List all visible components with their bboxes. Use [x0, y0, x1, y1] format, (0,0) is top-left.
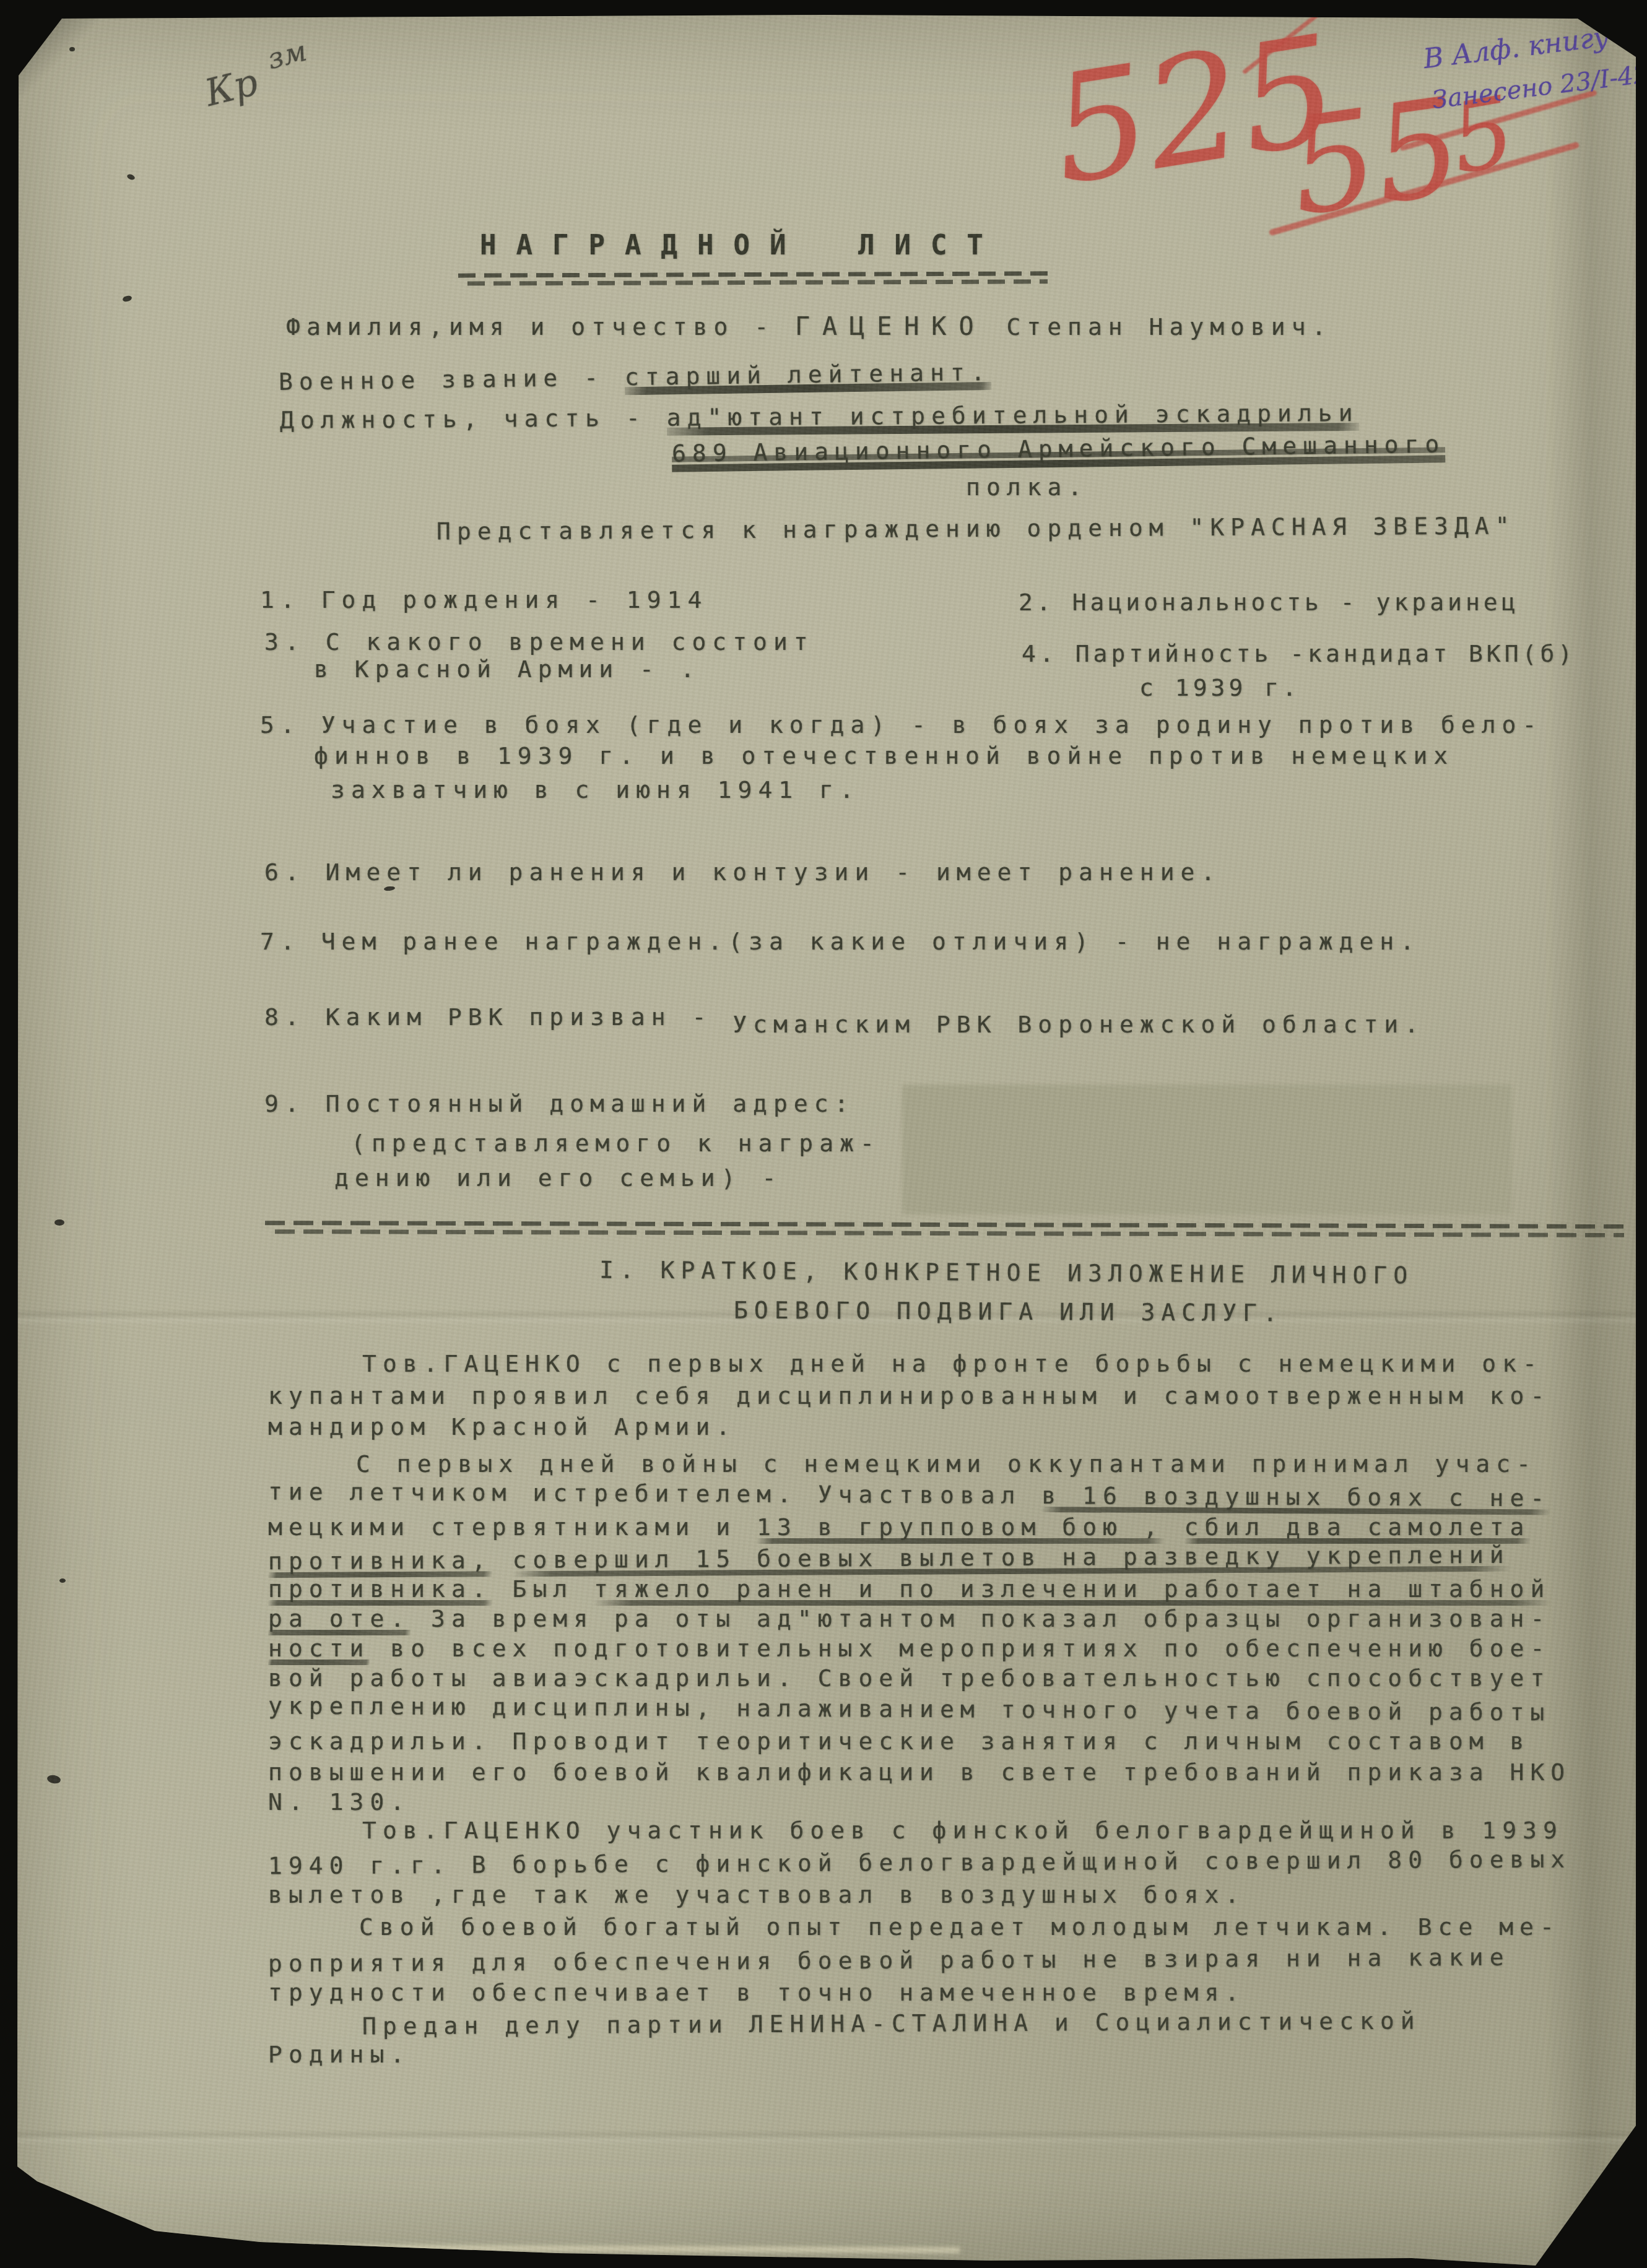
- underlined-text: противника.: [268, 1575, 492, 1606]
- item-5-combat-line1: 5. Участие в боях (где и когда) - в боях…: [260, 712, 1542, 739]
- pencil-archive-mark: Крзм: [201, 47, 316, 115]
- body-line: мандиром Красной Армии.: [268, 1414, 736, 1441]
- field-rank-value: старший лейтенант.: [625, 358, 991, 395]
- item-2-nationality: 2. Национальность - украинец: [1019, 589, 1519, 617]
- item-4-party-line1: 4. Партийность -кандидат ВКП(б): [1022, 641, 1576, 668]
- body-text: тие летчиком истребителем. Участвовал: [268, 1478, 1042, 1510]
- field-rank-label: Военное звание -: [279, 363, 625, 396]
- item-9-address-line2: (представляемого к награж-: [351, 1130, 880, 1158]
- body-line: повышении его боевой квалификации в свет…: [268, 1759, 1571, 1786]
- paper-speck: [126, 173, 136, 181]
- item-8-label: 8. Каким РВК призван -: [264, 1003, 732, 1031]
- item-3-service-since-line2: в Красной Армии - .: [314, 656, 701, 683]
- body-line: мецкими стервятниками и 13 в групповом б…: [268, 1514, 1530, 1541]
- scanned-document-page: НАГРАДНОЙ ЛИСТ Фамилия,имя и отчество - …: [0, 0, 1647, 2268]
- body-line: тие летчиком истребителем. Участвовал в …: [268, 1479, 1551, 1513]
- field-name-value-rest: Степан Наумович.: [986, 313, 1332, 340]
- field-position-line2: 689 Авиационного Армейского Смешанного: [672, 431, 1446, 467]
- item-5-combat-line2: финнов в 1939 г. и в отечественной войне…: [314, 743, 1454, 770]
- body-text: [1164, 1513, 1184, 1541]
- field-name-label: Фамилия,имя и отчество -: [286, 313, 795, 340]
- body-line: Тов.ГАЦЕНКО участник боев с финской бело…: [362, 1817, 1563, 1845]
- section-heading-line2: БОЕВОГО ПОДВИГА ИЛИ ЗАСЛУГ.: [734, 1297, 1284, 1327]
- title-underline: [458, 271, 1048, 286]
- field-position-line3: полка.: [966, 474, 1088, 501]
- item-3-service-since-line1: 3. С какого времени состоит: [264, 629, 814, 656]
- underlined-text: ра оте.: [268, 1605, 411, 1635]
- item-4-party-line2: с 1939 г.: [1139, 675, 1300, 702]
- pencil-mark-superscript: зм: [264, 34, 310, 76]
- body-line: вылетов ,где так же участвовал в воздушн…: [268, 1882, 1245, 1909]
- body-text: во всех подготовительных мероприятиях по…: [370, 1635, 1550, 1662]
- body-line: Родины.: [268, 2041, 411, 2069]
- paper-speck: [54, 1219, 64, 1226]
- field-rank: Военное звание - старший лейтенант.: [279, 359, 991, 396]
- body-line: ра оте. За время ра оты ад"ютантом показ…: [268, 1606, 1550, 1633]
- body-line: N. 130.: [268, 1789, 411, 1816]
- pencil-mark-text: Кр: [201, 61, 262, 115]
- item-8-value: Усманским РВК Воронежской области.: [732, 1011, 1425, 1039]
- body-line: Предан делу партии ЛЕНИНА-СТАЛИНА и Соци…: [362, 2008, 1421, 2041]
- item-9-address-line3: дению или его семьи) -: [334, 1165, 782, 1192]
- torn-bottom-edge-highlight: [186, 2244, 960, 2253]
- redacted-address-block: [902, 1084, 1512, 1214]
- folded-corner-shadow: [17, 16, 98, 97]
- item-9-address-line1: 9. Постоянный домашний адрес:: [264, 1091, 854, 1118]
- field-name: Фамилия,имя и отчество - ГАЦЕНКО Степан …: [286, 313, 1332, 341]
- field-position-label: Должность, часть -: [280, 404, 667, 434]
- body-line: роприятия для обеспечения боевой работы …: [268, 1944, 1510, 1978]
- item-8-drafted-by: 8. Каким РВК призван - Усманским РВК Вор…: [264, 1004, 1425, 1031]
- paper-speck: [69, 47, 75, 51]
- paper-crease-horizontal-2: [0, 2129, 1647, 2145]
- field-name-value-surname: ГАЦЕНКО: [795, 313, 986, 341]
- body-line: противника, совершил 15 боевых вылетов н…: [268, 1542, 1510, 1575]
- document-title: НАГРАДНОЙ ЛИСТ: [480, 230, 1003, 262]
- dashed-separator: [265, 1221, 1624, 1238]
- body-line: 1940 г.г. В борьбе с финской белогвардей…: [268, 1846, 1571, 1880]
- document-paper: НАГРАДНОЙ ЛИСТ Фамилия,имя и отчество - …: [0, 0, 1647, 2268]
- item-5-combat-line3: захватчию в с июня 1941 г.: [331, 777, 860, 804]
- field-position: Должность, часть - ад"ютант истребительн…: [280, 400, 1359, 435]
- body-text: [492, 1546, 513, 1573]
- body-text: мецкими стервятниками и: [268, 1513, 757, 1541]
- body-line: ности во всех подготовительных мероприят…: [268, 1635, 1550, 1663]
- paper-speck: [59, 1578, 66, 1583]
- item-6-wounds: 6. Имеет ли ранения и контузии - имеет р…: [264, 859, 1221, 886]
- body-line: трудности обеспечивает в точно намеченно…: [268, 1980, 1245, 2007]
- section-heading-line1: I. КРАТКОЕ, КОНКРЕТНОЕ ИЗЛОЖЕНИЕ ЛИЧНОГО: [599, 1257, 1414, 1289]
- underlined-text: ности: [268, 1635, 370, 1665]
- body-line: С первых дней войны с немецкими оккупант…: [356, 1451, 1537, 1478]
- paper-speck: [122, 295, 133, 303]
- body-line: купантами проявил себя дисциплинированны…: [268, 1383, 1550, 1410]
- field-position-value: ад"ютант истребительной эскадрильи: [667, 399, 1359, 436]
- body-line: эскадрильи. Проводит теоритические занят…: [268, 1728, 1530, 1755]
- underlined-text: противника,: [268, 1546, 492, 1578]
- body-line: Тов.ГАЦЕНКО с первых дней на фронте борь…: [362, 1351, 1543, 1378]
- body-line: укреплению дисциплины, налаживанием точн…: [268, 1693, 1551, 1727]
- underlined-text: в 16 воздушных боях с не-: [1041, 1482, 1550, 1515]
- item-1-birth-year: 1. Год рождения - 1914: [260, 587, 708, 614]
- body-line: вой работы авиаэскадрильи. Своей требова…: [268, 1665, 1550, 1692]
- presented-for-award-line: Представляется к награждению орденом "КР…: [437, 513, 1516, 545]
- underlined-text: 13 в групповом бою ,: [757, 1513, 1164, 1544]
- paper-speck: [46, 1774, 61, 1785]
- underlined-text: сбил два самолета: [1184, 1513, 1531, 1544]
- body-line: Свой боевой богатый опыт передает молоды…: [359, 1914, 1560, 1941]
- underlined-text: совершил 15 боевых вылетов на разведку у…: [512, 1541, 1510, 1577]
- body-line: противника. Был тяжело ранен и по излече…: [268, 1576, 1550, 1603]
- paper-speck: [384, 886, 396, 891]
- ink-note-line1: В Алф. книгу: [1422, 21, 1610, 75]
- item-7-prior-awards: 7. Чем ранее награжден.(за какие отличия…: [260, 928, 1420, 956]
- field-position-line2-text: 689 Авиационного Армейского Смешанного: [672, 430, 1446, 472]
- body-text: За время ра оты ад"ютантом показал образ…: [411, 1605, 1550, 1632]
- underlined-text: тяжело ранен и по излечении работает на …: [594, 1575, 1550, 1606]
- body-text: Был: [492, 1575, 594, 1603]
